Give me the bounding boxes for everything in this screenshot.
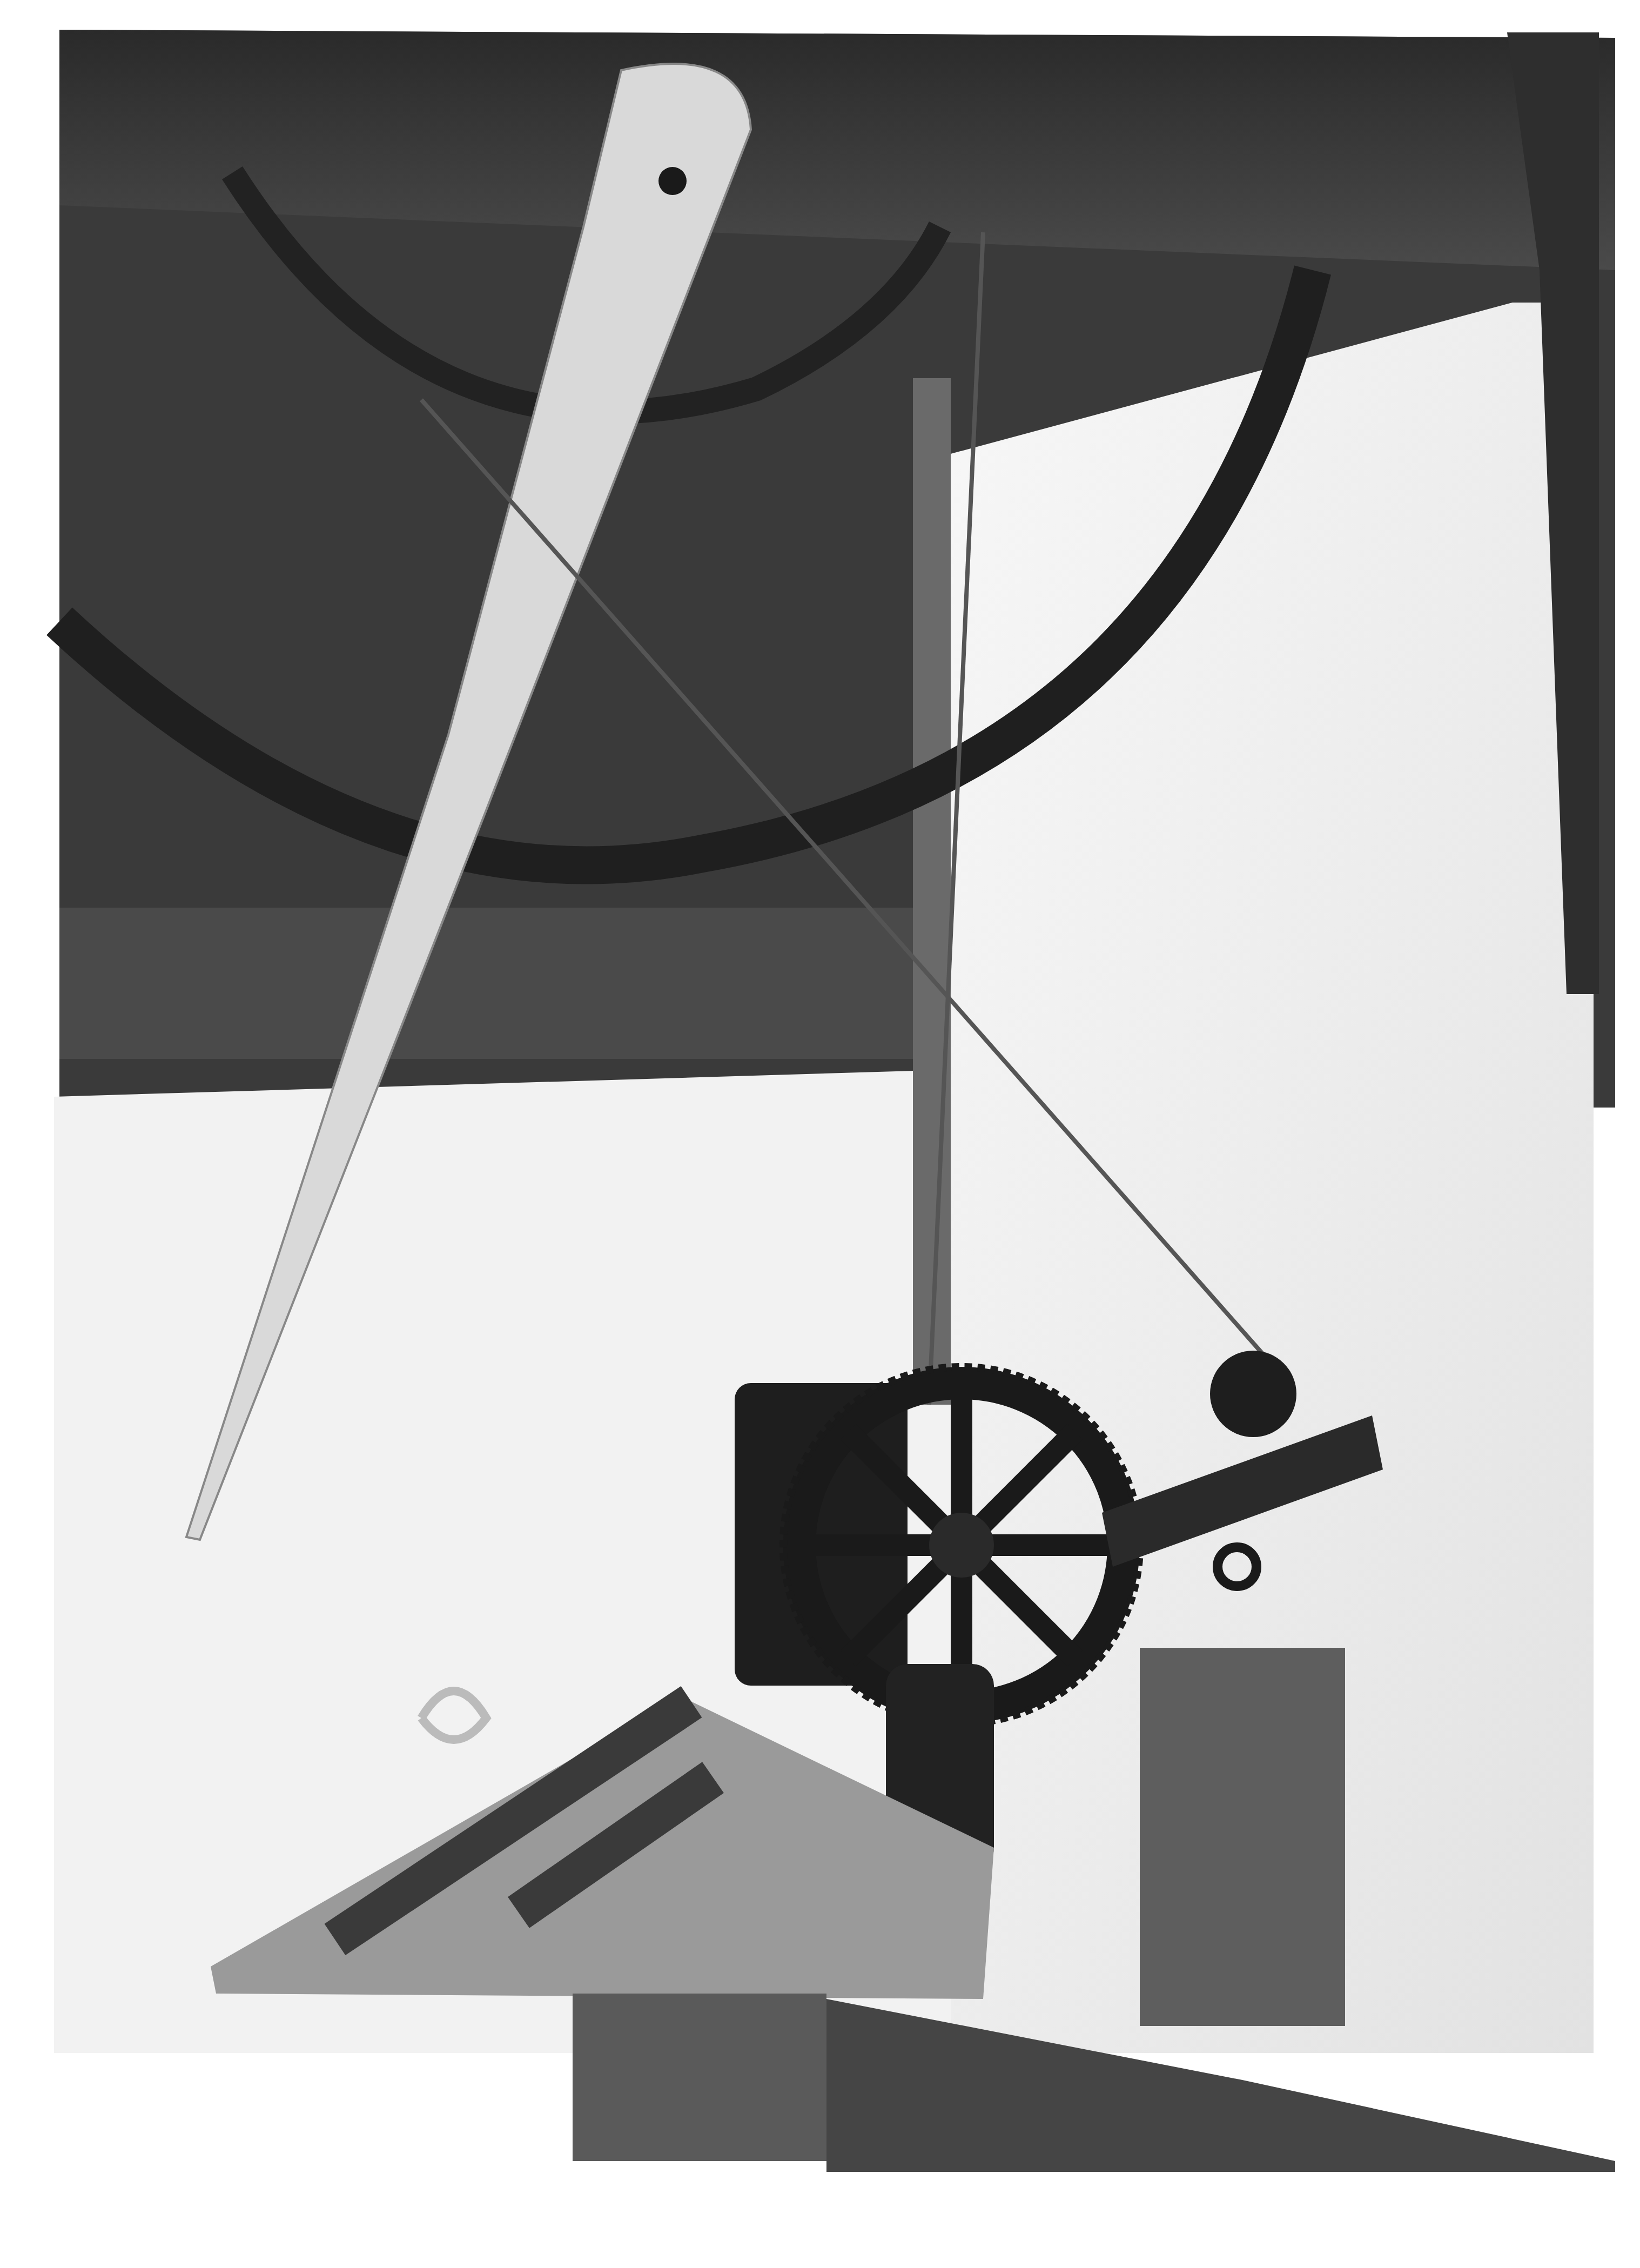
photograph <box>0 0 1640 2268</box>
central-pillar <box>913 378 951 1405</box>
pulley <box>1210 1351 1296 1437</box>
lever-bolt <box>658 167 687 195</box>
